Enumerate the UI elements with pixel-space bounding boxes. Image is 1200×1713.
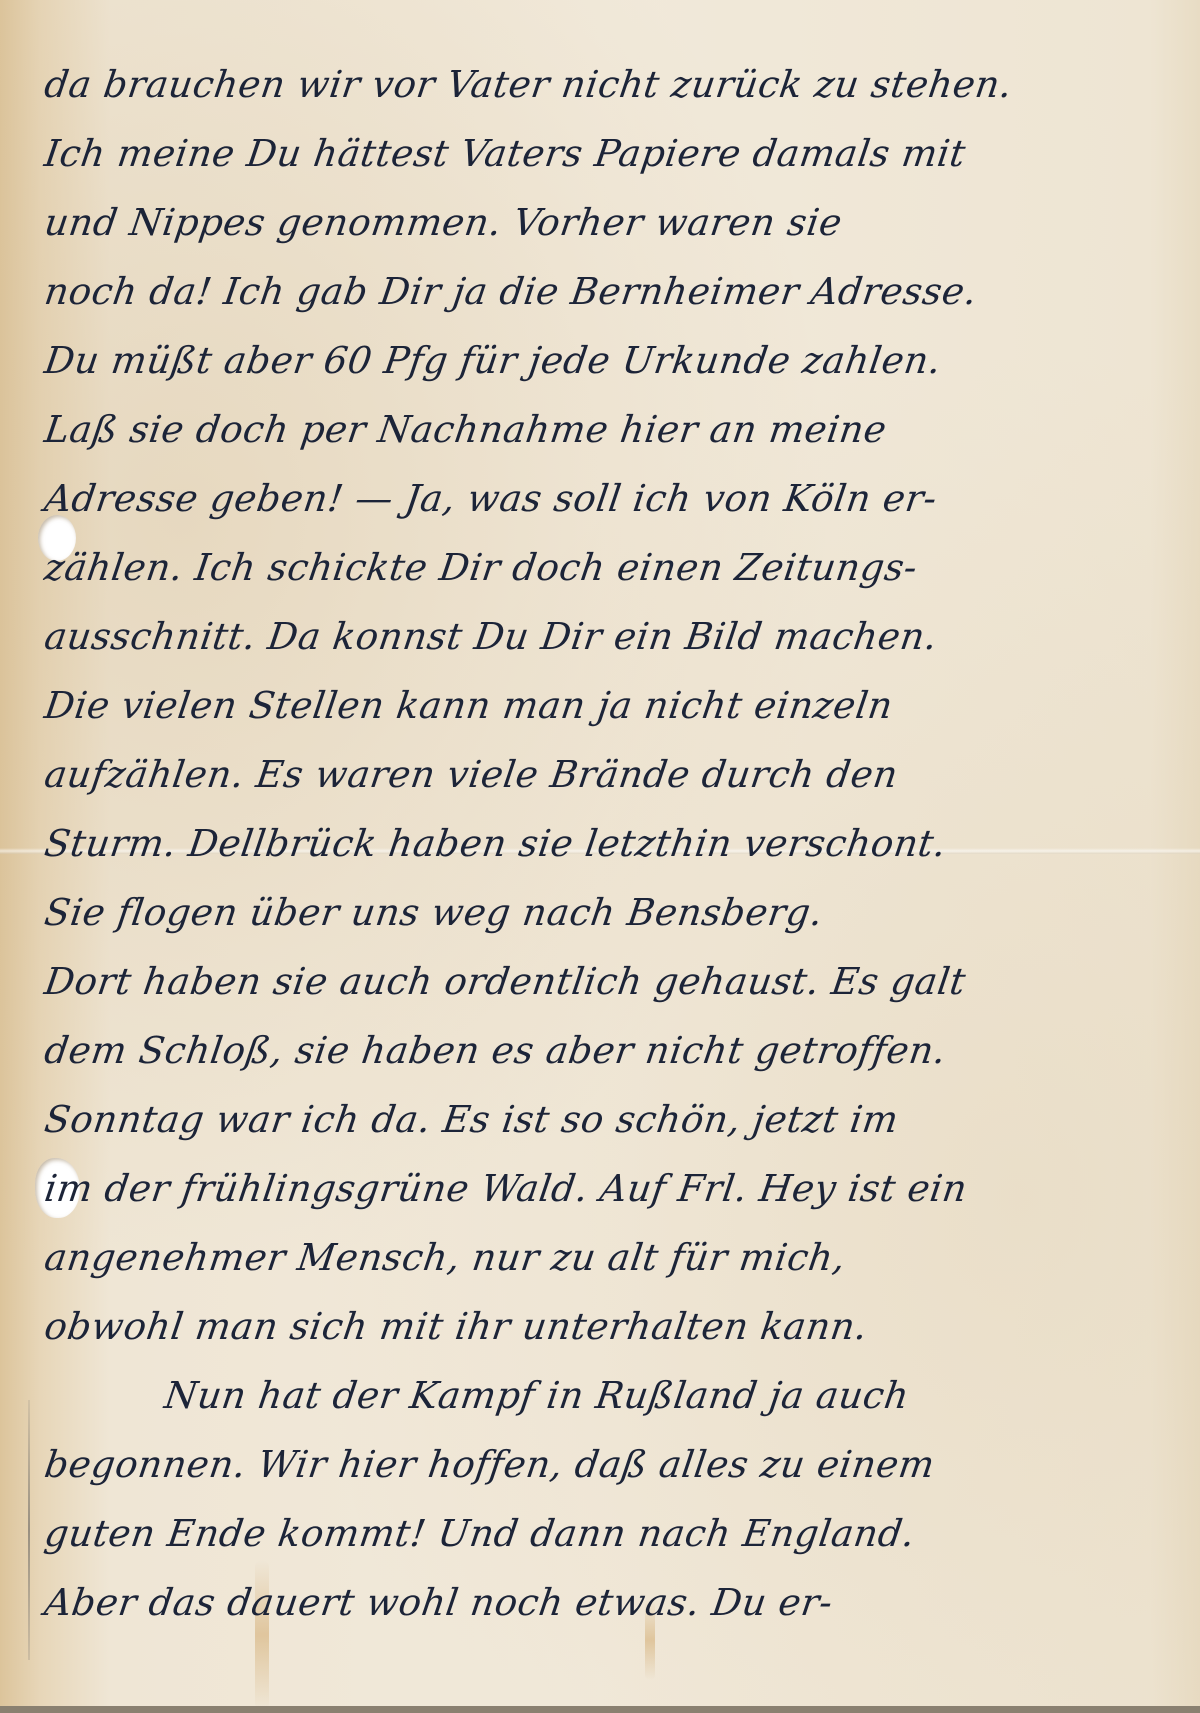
text-line: begonnen. Wir hier hoffen, daß alles zu … (40, 1430, 1180, 1499)
text-line: dem Schloß, sie haben es aber nicht getr… (40, 1016, 1180, 1085)
text-line: Ich meine Du hättest Vaters Papiere dama… (40, 119, 1180, 188)
text-line: da brauchen wir vor Vater nicht zurück z… (40, 50, 1180, 119)
text-line: im der frühlingsgrüne Wald. Auf Frl. Hey… (40, 1154, 1180, 1223)
text-line: Adresse geben! — Ja, was soll ich von Kö… (40, 464, 1180, 533)
text-line: angenehmer Mensch, nur zu alt für mich, (40, 1223, 1180, 1292)
text-line: obwohl man sich mit ihr unterhalten kann… (40, 1292, 1180, 1361)
text-line: Du müßt aber 60 Pfg für jede Urkunde zah… (40, 326, 1180, 395)
text-line: Laß sie doch per Nachnahme hier an meine (40, 395, 1180, 464)
text-line: Sturm. Dellbrück haben sie letzthin vers… (40, 809, 1180, 878)
text-line: Sie flogen über uns weg nach Bensberg. (40, 878, 1180, 947)
pencil-margin-line (28, 1400, 30, 1660)
text-line: Aber das dauert wohl noch etwas. Du er- (40, 1568, 1180, 1637)
text-line: und Nippes genommen. Vorher waren sie (40, 188, 1180, 257)
text-line: Sonntag war ich da. Es ist so schön, jet… (40, 1085, 1180, 1154)
text-line: noch da! Ich gab Dir ja die Bernheimer A… (40, 257, 1180, 326)
letter-page: da brauchen wir vor Vater nicht zurück z… (0, 0, 1200, 1713)
text-line: Dort haben sie auch ordentlich gehaust. … (40, 947, 1180, 1016)
text-line: Die vielen Stellen kann man ja nicht ein… (40, 671, 1180, 740)
page-bottom-edge (0, 1706, 1200, 1713)
text-line: ausschnitt. Da konnst Du Dir ein Bild ma… (40, 602, 1180, 671)
paragraph-start-line: Nun hat der Kampf in Rußland ja auch (40, 1361, 1180, 1430)
text-line: aufzählen. Es waren viele Brände durch d… (40, 740, 1180, 809)
handwritten-text-block: da brauchen wir vor Vater nicht zurück z… (40, 50, 1170, 1637)
text-line: zählen. Ich schickte Dir doch einen Zeit… (40, 533, 1180, 602)
text-line: guten Ende kommt! Und dann nach England. (40, 1499, 1180, 1568)
